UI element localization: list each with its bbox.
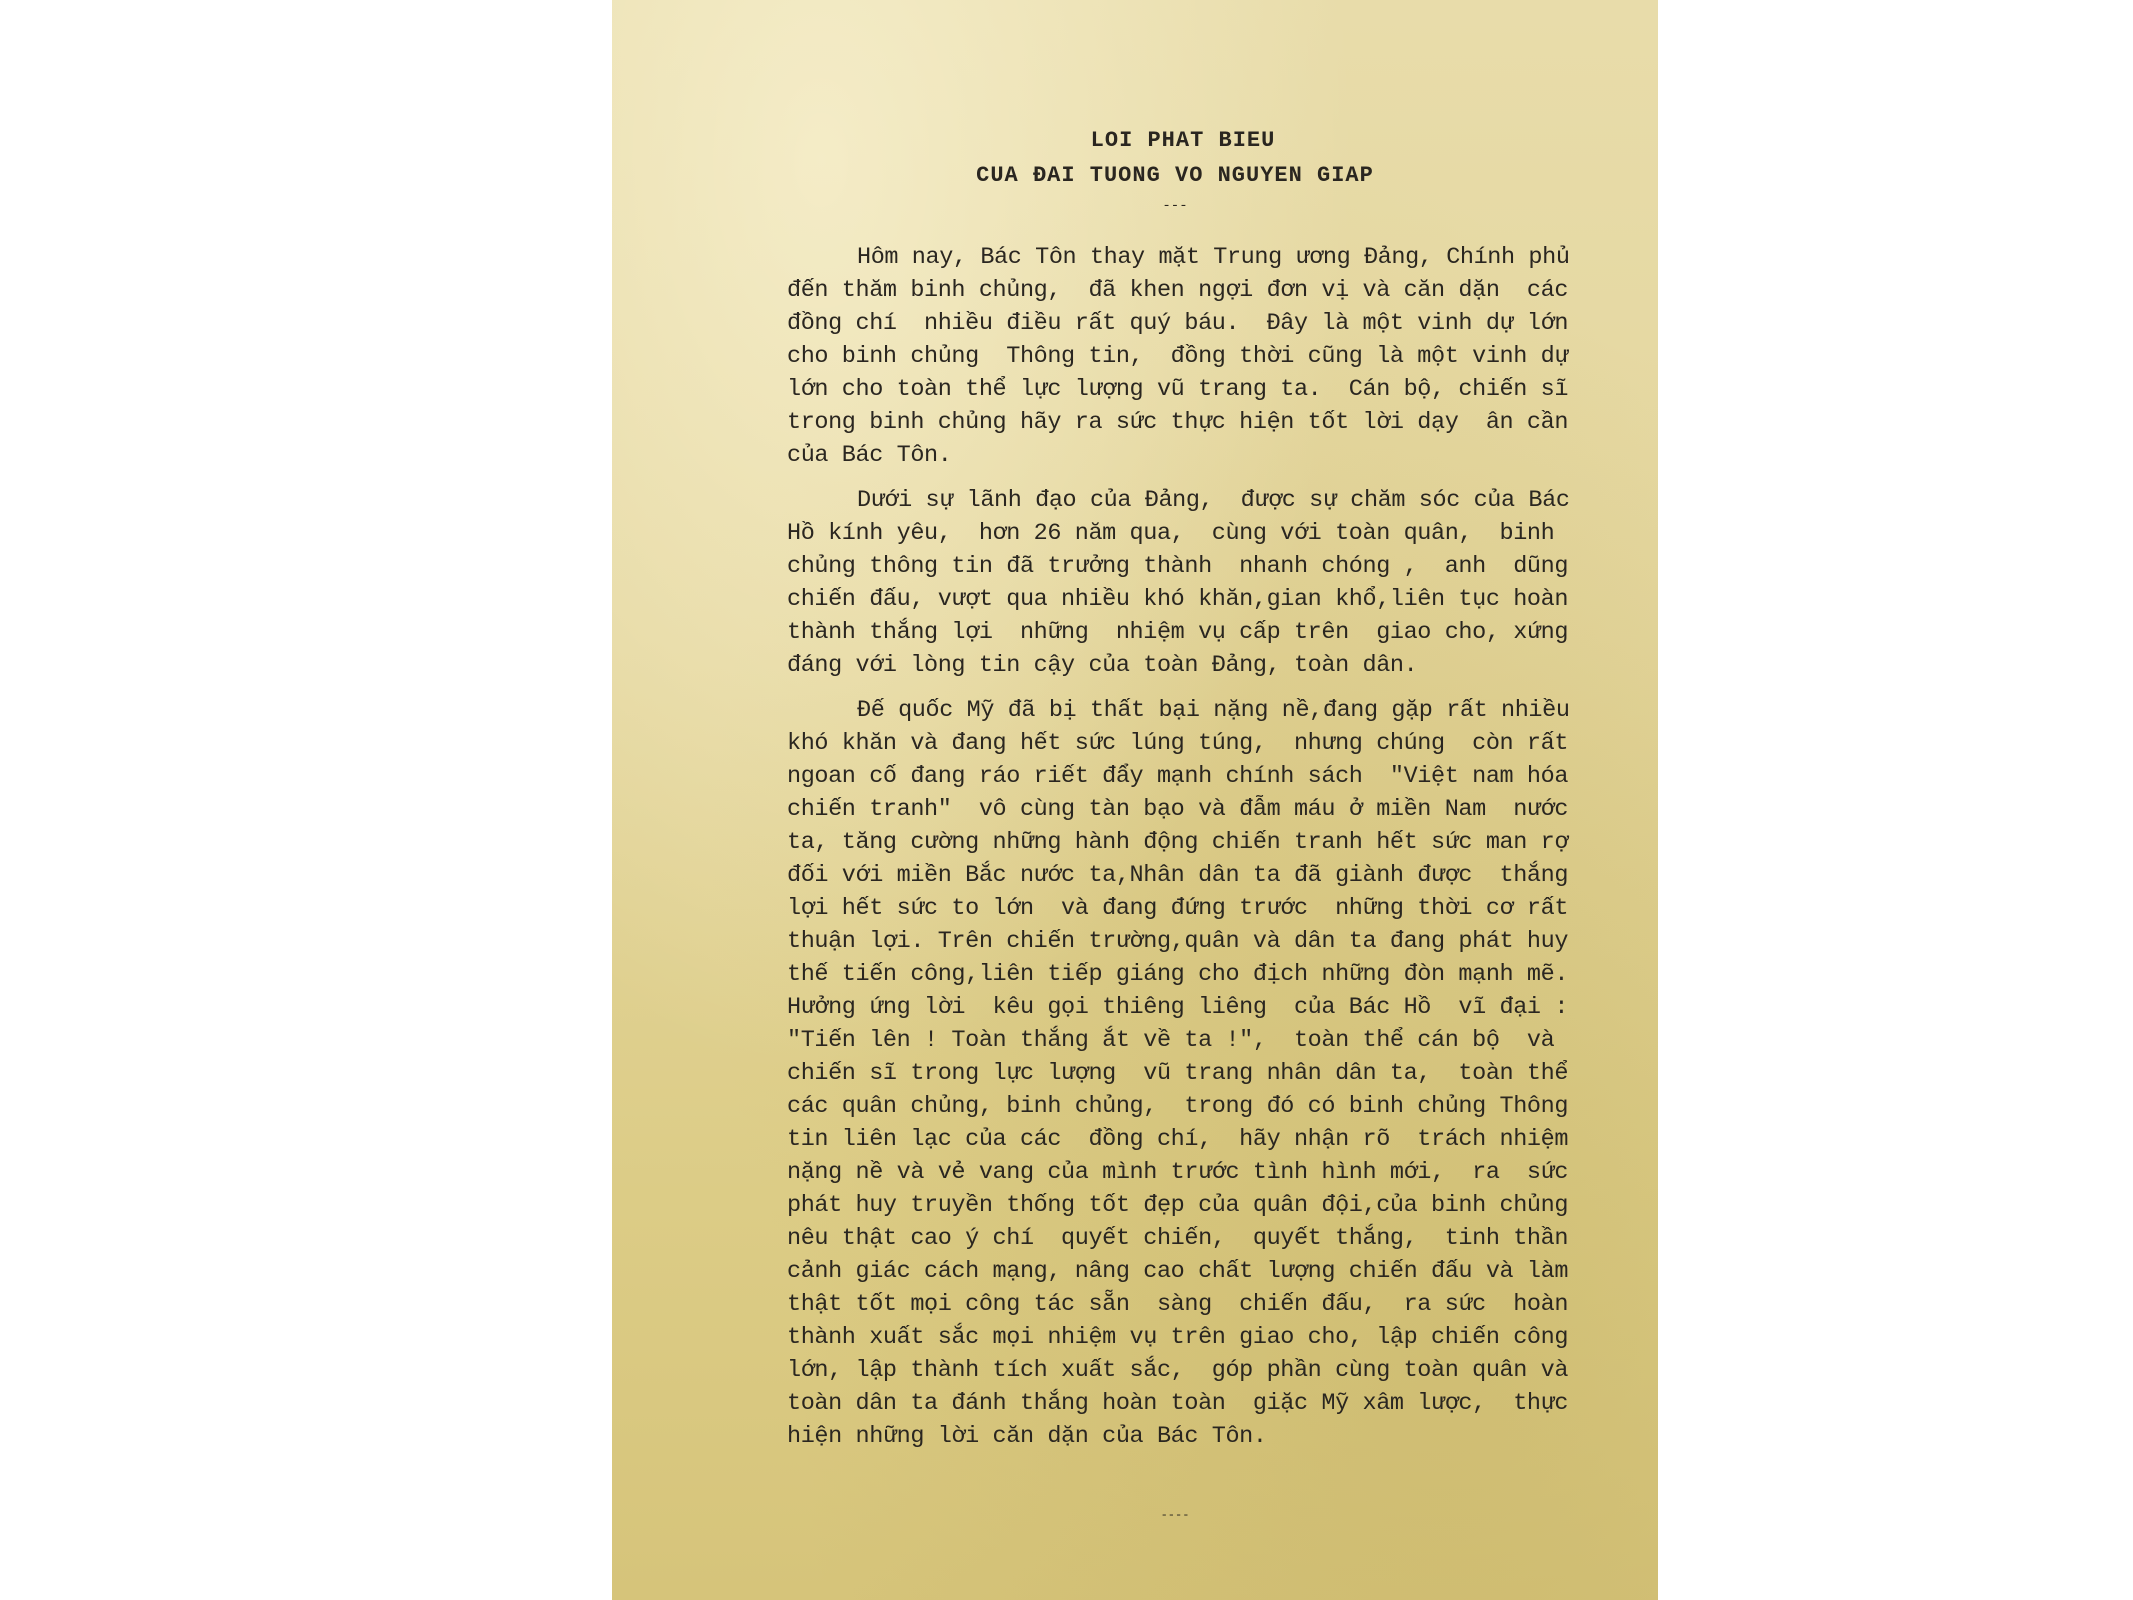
text-line: nặng nề và vẻ vang của mình trước tình h… — [787, 1156, 1587, 1189]
text-line: toàn dân ta đánh thắng hoàn toàn giặc Mỹ… — [787, 1387, 1587, 1420]
text-line: khó khăn và đang hết sức lúng túng, nhưn… — [787, 727, 1587, 760]
paragraph: Hôm nay, Bác Tôn thay mặt Trung ương Đản… — [787, 241, 1587, 472]
text-line: đáng với lòng tin cậy của toàn Đảng, toà… — [787, 649, 1587, 682]
text-line: trong binh chủng hãy ra sức thực hiện tố… — [787, 406, 1587, 439]
text-line: cho binh chủng Thông tin, đồng thời cũng… — [787, 340, 1587, 373]
end-divider: ---- — [652, 1508, 1698, 1522]
text-line: thành xuất sắc mọi nhiệm vụ trên giao ch… — [787, 1321, 1587, 1354]
text-line: Đế quốc Mỹ đã bị thất bại nặng nề,đang g… — [787, 694, 1587, 727]
text-line: phát huy truyền thống tốt đẹp của quân đ… — [787, 1189, 1587, 1222]
text-line: cảnh giác cách mạng, nâng cao chất lượng… — [787, 1255, 1587, 1288]
text-line: lợi hết sức to lớn và đang đứng trước nh… — [787, 892, 1587, 925]
document-subtitle: CUA ĐAI TUONG VO NGUYEN GIAP — [652, 163, 1698, 188]
text-line: tin liên lạc của các đồng chí, hãy nhận … — [787, 1123, 1587, 1156]
text-line: chiến sĩ trong lực lượng vũ trang nhân d… — [787, 1057, 1587, 1090]
text-line: thuận lợi. Trên chiến trường,quân và dân… — [787, 925, 1587, 958]
text-line: của Bác Tôn. — [787, 439, 1587, 472]
text-line: thành thắng lợi những nhiệm vụ cấp trên … — [787, 616, 1587, 649]
text-line: đồng chí nhiều điều rất quý báu. Đây là … — [787, 307, 1587, 340]
text-line: thế tiến công,liên tiếp giáng cho địch n… — [787, 958, 1587, 991]
text-line: "Tiến lên ! Toàn thắng ắt về ta !", toàn… — [787, 1024, 1587, 1057]
text-line: lớn, lập thành tích xuất sắc, góp phần c… — [787, 1354, 1587, 1387]
paragraph: Dưới sự lãnh đạo của Đảng, được sự chăm … — [787, 484, 1587, 682]
text-line: chủng thông tin đã trưởng thành nhanh ch… — [787, 550, 1587, 583]
text-line: nêu thật cao ý chí quyết chiến, quyết th… — [787, 1222, 1587, 1255]
text-line: ngoan cố đang ráo riết đẩy mạnh chính sá… — [787, 760, 1587, 793]
text-line: đến thăm binh chủng, đã khen ngợi đơn vị… — [787, 274, 1587, 307]
text-line: Hồ kính yêu, hơn 26 năm qua, cùng với to… — [787, 517, 1587, 550]
text-line: hiện những lời căn dặn của Bác Tôn. — [787, 1420, 1587, 1453]
text-line: chiến đấu, vượt qua nhiều khó khăn,gian … — [787, 583, 1587, 616]
text-line: đối với miền Bắc nước ta,Nhân dân ta đã … — [787, 859, 1587, 892]
text-line: ta, tăng cường những hành động chiến tra… — [787, 826, 1587, 859]
text-line: chiến tranh" vô cùng tàn bạo và đẫm máu … — [787, 793, 1587, 826]
speech-body: Hôm nay, Bác Tôn thay mặt Trung ương Đản… — [787, 241, 1587, 1465]
document-title: LOI PHAT BIEU — [660, 128, 1706, 153]
text-line: Hưởng ứng lời kêu gọi thiêng liêng của B… — [787, 991, 1587, 1024]
text-line: thật tốt mọi công tác sẵn sàng chiến đấu… — [787, 1288, 1587, 1321]
text-line: lớn cho toàn thể lực lượng vũ trang ta. … — [787, 373, 1587, 406]
title-divider: --- — [652, 198, 1698, 214]
text-line: Dưới sự lãnh đạo của Đảng, được sự chăm … — [787, 484, 1587, 517]
paragraph: Đế quốc Mỹ đã bị thất bại nặng nề,đang g… — [787, 694, 1587, 1453]
text-line: các quân chủng, binh chủng, trong đó có … — [787, 1090, 1587, 1123]
text-line: Hôm nay, Bác Tôn thay mặt Trung ương Đản… — [787, 241, 1587, 274]
